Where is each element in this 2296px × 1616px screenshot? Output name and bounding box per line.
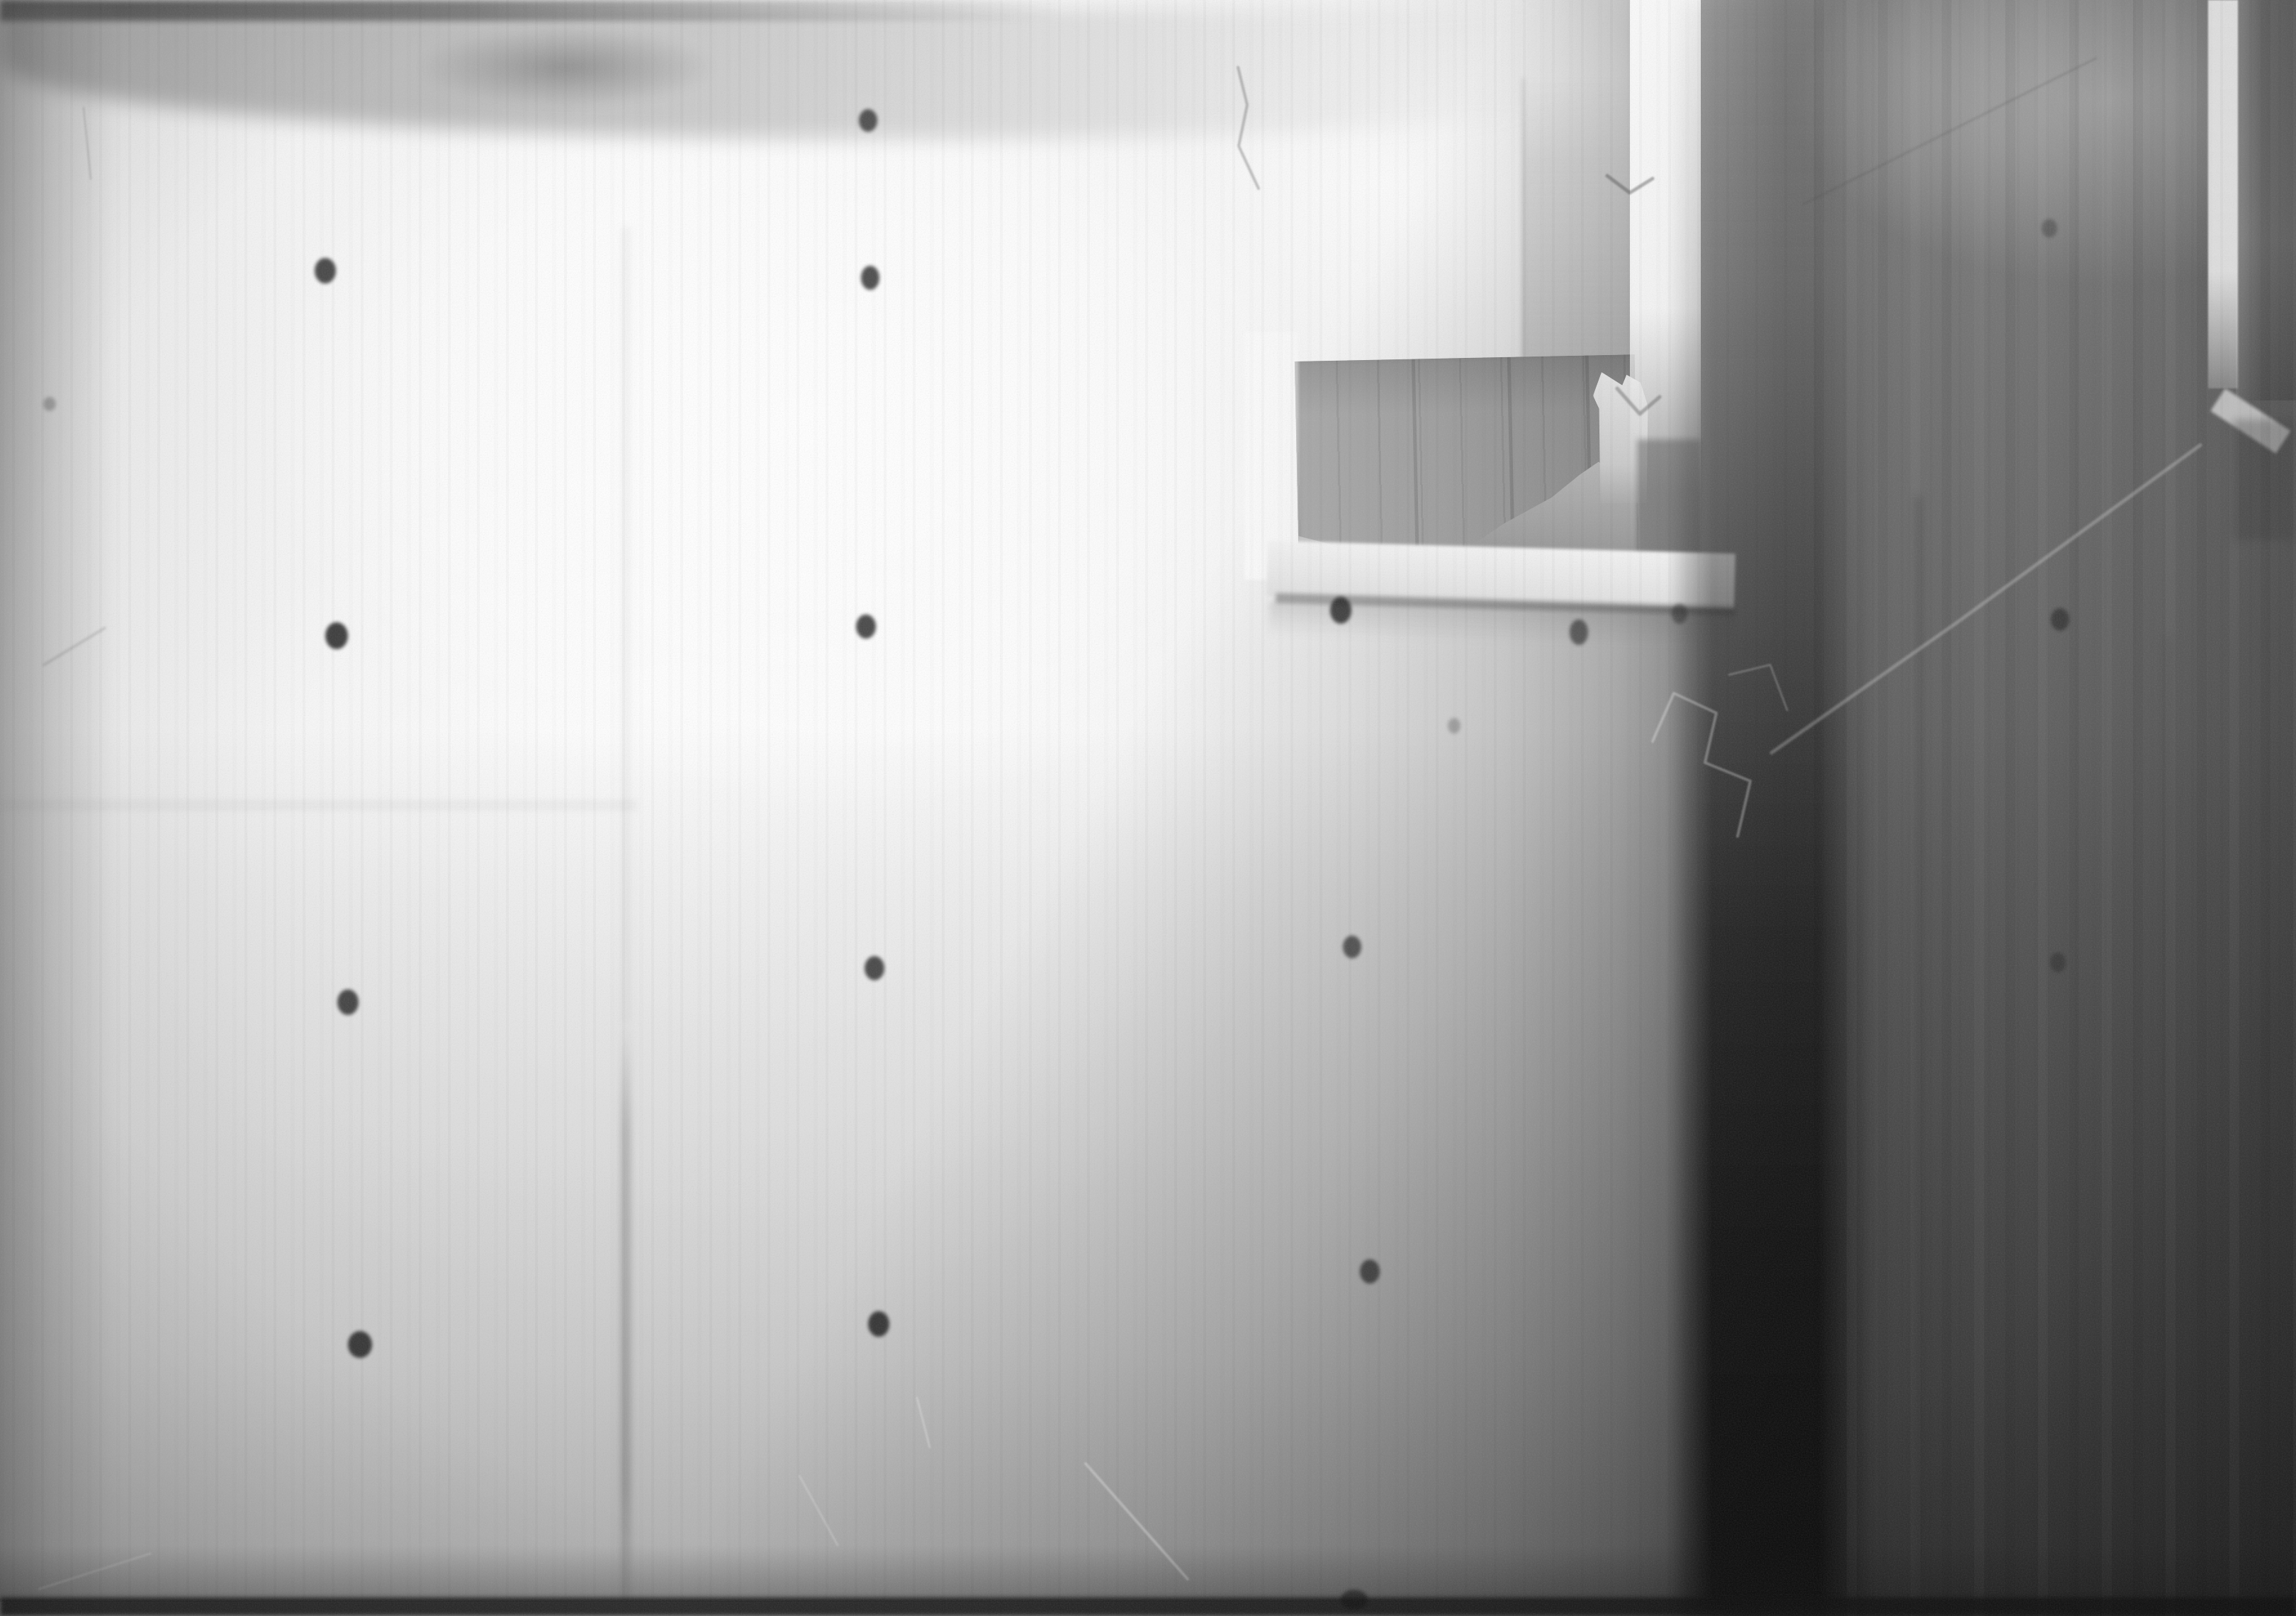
photo-canvas <box>0 0 2296 1616</box>
vignette <box>0 0 2296 1616</box>
